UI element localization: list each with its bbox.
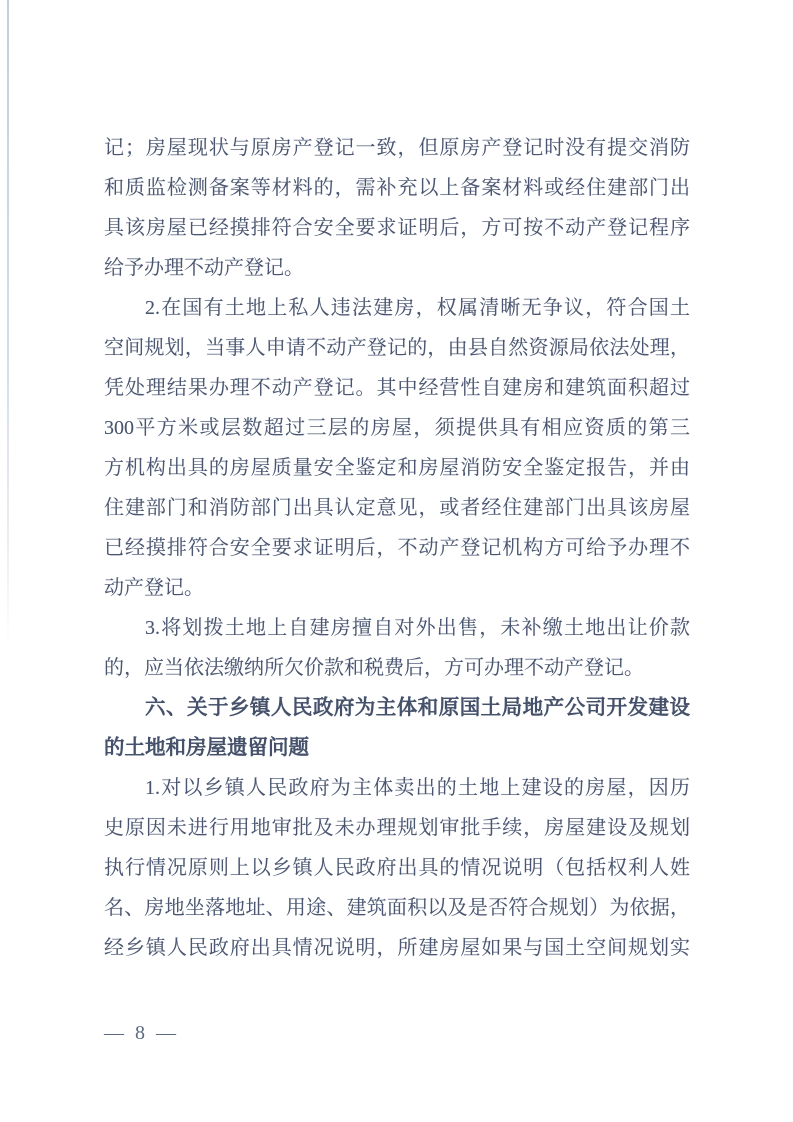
text-line: 名、房地坐落地址、用途、建筑面积以及是否符合规划）为依据， [104, 888, 690, 928]
text-line: 方机构出具的房屋质量安全鉴定和房屋消防安全鉴定报告，并由 [104, 448, 690, 488]
text-line: 已经摸排符合安全要求证明后，不动产登记机构方可给予办理不 [104, 528, 690, 568]
text-line: 空间规划，当事人申请不动产登记的，由县自然资源局依法处理， [104, 328, 690, 368]
text-line: 经乡镇人民政府出具情况说明，所建房屋如果与国土空间规划实 [104, 928, 690, 968]
scan-edge-artifact [7, 0, 9, 650]
heading-line: 六、关于乡镇人民政府为主体和原国土局地产公司开发建设 [104, 688, 690, 728]
heading-line: 的土地和房屋遗留问题 [104, 728, 690, 768]
text-line: 凭处理结果办理不动产登记。其中经营性自建房和建筑面积超过 [104, 368, 690, 408]
text-line: 具该房屋已经摸排符合安全要求证明后，方可按不动产登记程序 [104, 208, 690, 248]
text-line: 住建部门和消防部门出具认定意见，或者经住建部门出具该房屋 [104, 488, 690, 528]
text-line: 记；房屋现状与原房产登记一致，但原房产登记时没有提交消防 [104, 128, 690, 168]
text-line: 3.将划拨土地上自建房擅自对外出售，未补缴土地出让价款 [104, 608, 690, 648]
text-line: 的，应当依法缴纳所欠价款和税费后，方可办理不动产登记。 [104, 648, 690, 688]
text-line: 给予办理不动产登记。 [104, 248, 690, 288]
text-line: 史原因未进行用地审批及未办理规划审批手续，房屋建设及规划 [104, 808, 690, 848]
text-line: 执行情况原则上以乡镇人民政府出具的情况说明（包括权利人姓 [104, 848, 690, 888]
page-number: — 8 — [104, 1013, 179, 1053]
document-page: 记；房屋现状与原房产登记一致，但原房产登记时没有提交消防和质监检测备案等材料的，… [0, 0, 793, 1122]
text-line: 动产登记。 [104, 568, 690, 608]
document-body: 记；房屋现状与原房产登记一致，但原房产登记时没有提交消防和质监检测备案等材料的，… [104, 128, 690, 968]
text-line: 和质监检测备案等材料的，需补充以上备案材料或经住建部门出 [104, 168, 690, 208]
text-line: 2.在国有土地上私人违法建房，权属清晰无争议，符合国土 [104, 288, 690, 328]
text-line: 1.对以乡镇人民政府为主体卖出的土地上建设的房屋，因历 [104, 768, 690, 808]
text-line: 300平方米或层数超过三层的房屋，须提供具有相应资质的第三 [104, 408, 690, 448]
